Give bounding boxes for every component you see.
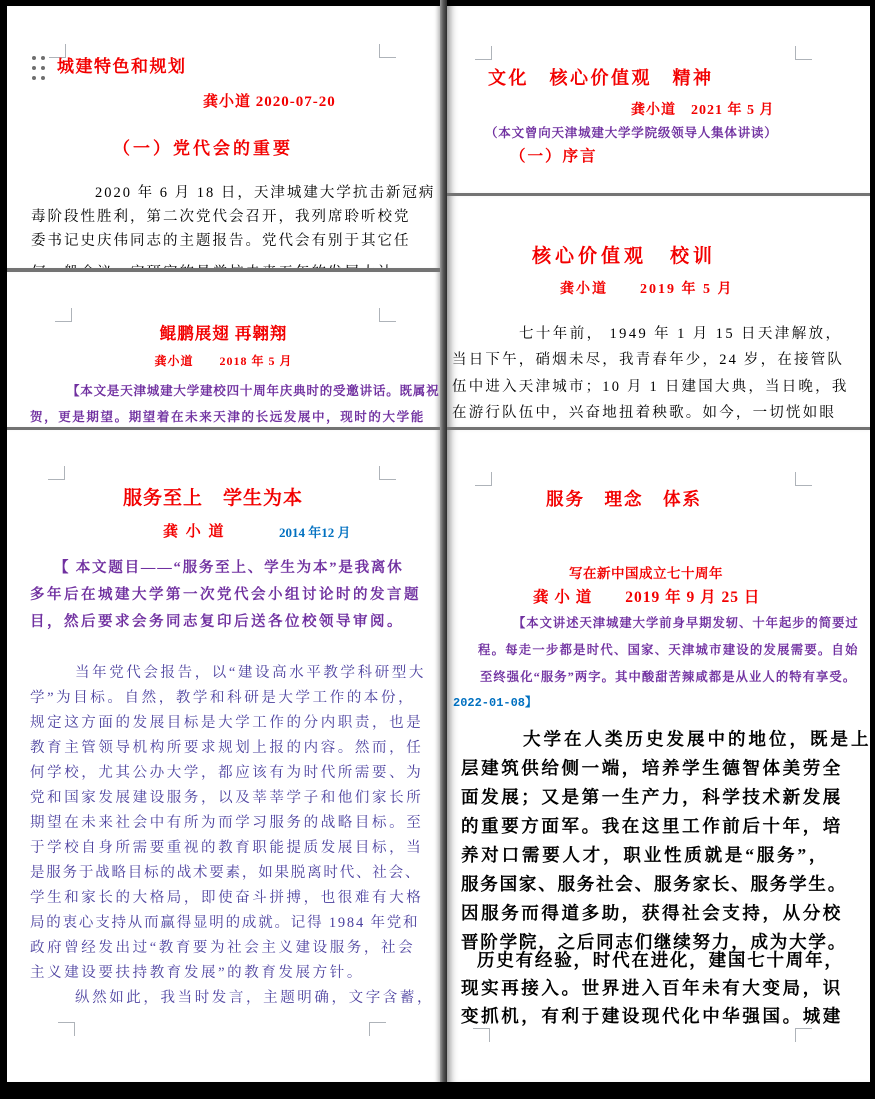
doc6-note-date: 2022-01-08】 xyxy=(453,693,537,710)
doc6-title: 服务 理念 体系 xyxy=(546,486,702,511)
margin-corner-mark xyxy=(48,466,65,480)
doc5-body-line: 在游行队伍中，兴奋地扭着秧歌。如今，一切恍如眼 xyxy=(452,401,836,422)
doc1-body-line-clipped: 何一般会议，它研究的是学校未来五年的发展大计 xyxy=(31,261,394,268)
doc3-author: 龚 小 道 xyxy=(163,520,226,541)
doc6-note-line: 【本文讲述天津城建大学前身早期发轫、十年起步的简要过 xyxy=(513,613,859,631)
margin-corner-mark xyxy=(379,44,396,58)
doc6-body-line: 大学在人类历史发展中的地位，既是上 xyxy=(523,726,870,751)
doc3-title: 服务至上 学生为本 xyxy=(123,483,303,510)
doc3-note-line: 【 本文题目——“服务至上、学生为本”是我离休 xyxy=(54,556,404,577)
doc4-title: 文化 核心价值观 精神 xyxy=(488,64,714,90)
doc3-body-line: 规定这方面的发展目标是大学工作的分内职责，也是 xyxy=(30,711,423,732)
document-page-1: 城建特色和规划 龚小道 2020-07-20 （一）党代会的重要 2020 年 … xyxy=(7,6,440,268)
doc5-body-line: 当日下午，硝烟未尽，我青春年少，24 岁，在接管队 xyxy=(452,348,844,369)
doc3-body-line: 何学校，尤其公办大学，都应该有为时代所需要、为 xyxy=(30,761,423,782)
doc2-title: 鲲鹏展翅 再翱翔 xyxy=(7,320,440,344)
doc6-body-line: 服务国家、服务社会、服务家长、服务学生。 xyxy=(461,871,847,896)
doc6-body-line: 的重要方面军。我在这里工作前后十年，培 xyxy=(461,813,843,838)
doc3-body-line: 政府曾经发出过“教育要为社会主义建设服务，社会 xyxy=(30,936,415,957)
margin-corner-mark xyxy=(795,472,812,486)
doc6-body-line: 变抓机，有利于建设现代化中华强国。城建 xyxy=(461,1003,843,1028)
margin-corner-mark xyxy=(475,46,492,60)
doc6-body-line: 因服务而得道多助，获得社会支持，从分校 xyxy=(461,900,843,925)
doc5-body-line: 伍中进入天津城市；10 月 1 日建国大典，当日晚，我 xyxy=(452,375,849,396)
doc6-note-line: 至终强化“服务”两字。其中酸甜苦辣咸都是从业人的特有享受。 xyxy=(480,667,856,685)
document-page-4: 文化 核心价值观 精神 龚小道 2021 年 5 月 （本文曾向天津城建大学学院… xyxy=(447,6,870,193)
doc6-body-line: 历史有经验，时代在进化，建国七十周年， xyxy=(477,947,844,972)
doc3-body-line: 期望在未来社会中有所为而学习服务的战略目标。至 xyxy=(30,811,423,832)
doc2-note-line: 贺，更是期望。期望着在未来天津的长远发展中，现时的大学能 xyxy=(30,407,425,425)
document-page-6: 服务 理念 体系 写在新中国成立七十周年 龚 小 道 2019 年 9 月 25… xyxy=(447,430,870,1082)
page-separator xyxy=(7,427,440,430)
doc1-title: 城建特色和规划 xyxy=(57,52,187,77)
doc6-note-line: 程。每走一步都是时代、国家、天津城市建设的发展需要。自始 xyxy=(478,640,859,658)
doc3-body-line: 当年党代会报告，以“建设高水平教学科研型大 xyxy=(75,661,426,682)
doc1-body-line: 2020 年 6 月 18 日，天津城建大学抗击新冠病 xyxy=(95,181,435,202)
margin-corner-mark xyxy=(379,466,396,480)
doc1-body-line: 毒阶段性胜利，第二次党代会召开，我列席聆听校党 xyxy=(31,205,411,226)
doc3-note-line: 目，然后要求会务同志复印后送各位校领导审阅。 xyxy=(30,610,404,631)
doc4-author-date: 龚小道 2021 年 5 月 xyxy=(631,99,775,119)
doc6-body-line: 养对口需要人才，职业性质就是“服务”， xyxy=(461,842,829,867)
doc3-body-line: 局的衷心支持从而赢得显明的成就。记得 1984 年党和 xyxy=(30,911,419,932)
document-page-3: 服务至上 学生为本 龚 小 道 2014 年12 月 【 本文题目——“服务至上… xyxy=(7,430,440,1082)
doc1-author-date: 龚小道 2020-07-20 xyxy=(203,90,336,111)
page-separator xyxy=(447,193,870,196)
margin-corner-mark xyxy=(795,1028,812,1042)
document-grid-view: 城建特色和规划 龚小道 2020-07-20 （一）党代会的重要 2020 年 … xyxy=(0,0,875,1099)
doc6-body-line: 层建筑供给侧一端，培养学生德智体美劳全 xyxy=(461,755,843,780)
doc3-body-line: 学生和家长的大格局，即使奋斗拼搏，也很难有大格 xyxy=(30,886,423,907)
page-separator xyxy=(447,427,870,430)
margin-corner-mark xyxy=(369,1022,386,1036)
doc2-note-line: 【本文是天津城建大学建校四十周年庆典时的受邀讲话。既属祝 xyxy=(67,381,439,399)
doc3-body-line: 党和国家发展建设服务，以及莘莘学子和他们家长所 xyxy=(30,786,423,807)
margin-corner-mark xyxy=(795,46,812,60)
doc1-section-heading: （一）党代会的重要 xyxy=(113,134,293,159)
doc3-body-line: 是服务于战略目标的战术要素，如果脱离时代、社会、 xyxy=(30,861,421,882)
doc4-note: （本文曾向天津城建大学学院级领导人集体讲读） xyxy=(485,123,778,141)
page-separator xyxy=(7,268,440,272)
doc5-author-date: 龚小道 2019 年 5 月 xyxy=(560,278,734,298)
doc4-section-heading: （一）序言 xyxy=(510,144,598,166)
doc1-body-line: 委书记史庆伟同志的主题报告。党代会有别于其它任 xyxy=(31,229,411,250)
doc5-body-line: 七十年前， 1949 年 1 月 15 日天津解放， xyxy=(519,322,842,343)
doc2-author-date: 龚小道 2018 年 5 月 xyxy=(7,352,440,369)
drag-handle-icon[interactable] xyxy=(32,56,45,80)
doc3-body-line: 主义建设要扶持教育发展”的教育发展方针。 xyxy=(30,961,364,982)
document-page-2: 鲲鹏展翅 再翱翔 龚小道 2018 年 5 月 【本文是天津城建大学建校四十周年… xyxy=(7,272,440,427)
doc6-body-line: 面发展；又是第一生产力，科学技术新发展 xyxy=(461,784,843,809)
document-page-5: 核心价值观 校训 龚小道 2019 年 5 月 七十年前， 1949 年 1 月… xyxy=(447,196,870,427)
doc3-note-line: 多年后在城建大学第一次党代会小组讨论时的发言题 xyxy=(30,583,421,604)
margin-corner-mark xyxy=(473,1028,490,1042)
column-gap xyxy=(440,0,447,1082)
margin-corner-mark xyxy=(58,1022,75,1036)
doc6-body-line: 现实再接入。世界进入百年未有大变局，识 xyxy=(461,975,843,1000)
doc3-closing-line: 纵然如此，我当时发言，主题明确，文字含蓄， xyxy=(75,986,434,1007)
doc3-body-line: 教育主管领导机构所要求规划上报的内容。然而，任 xyxy=(30,736,423,757)
margin-corner-mark xyxy=(475,472,492,486)
doc5-title: 核心价值观 校训 xyxy=(532,241,716,268)
doc6-subtitle: 写在新中国成立七十周年 xyxy=(569,562,723,582)
doc3-date: 2014 年12 月 xyxy=(279,522,351,541)
doc3-body-line: 学”为目标。自然，教学和科研是大学工作的本份， xyxy=(30,686,415,707)
doc6-author-date: 龚 小 道 2019 年 9 月 25 日 xyxy=(533,585,760,607)
doc3-body-line: 于学校自身所需要重视的教育职能提质发展目标，当 xyxy=(30,836,423,857)
